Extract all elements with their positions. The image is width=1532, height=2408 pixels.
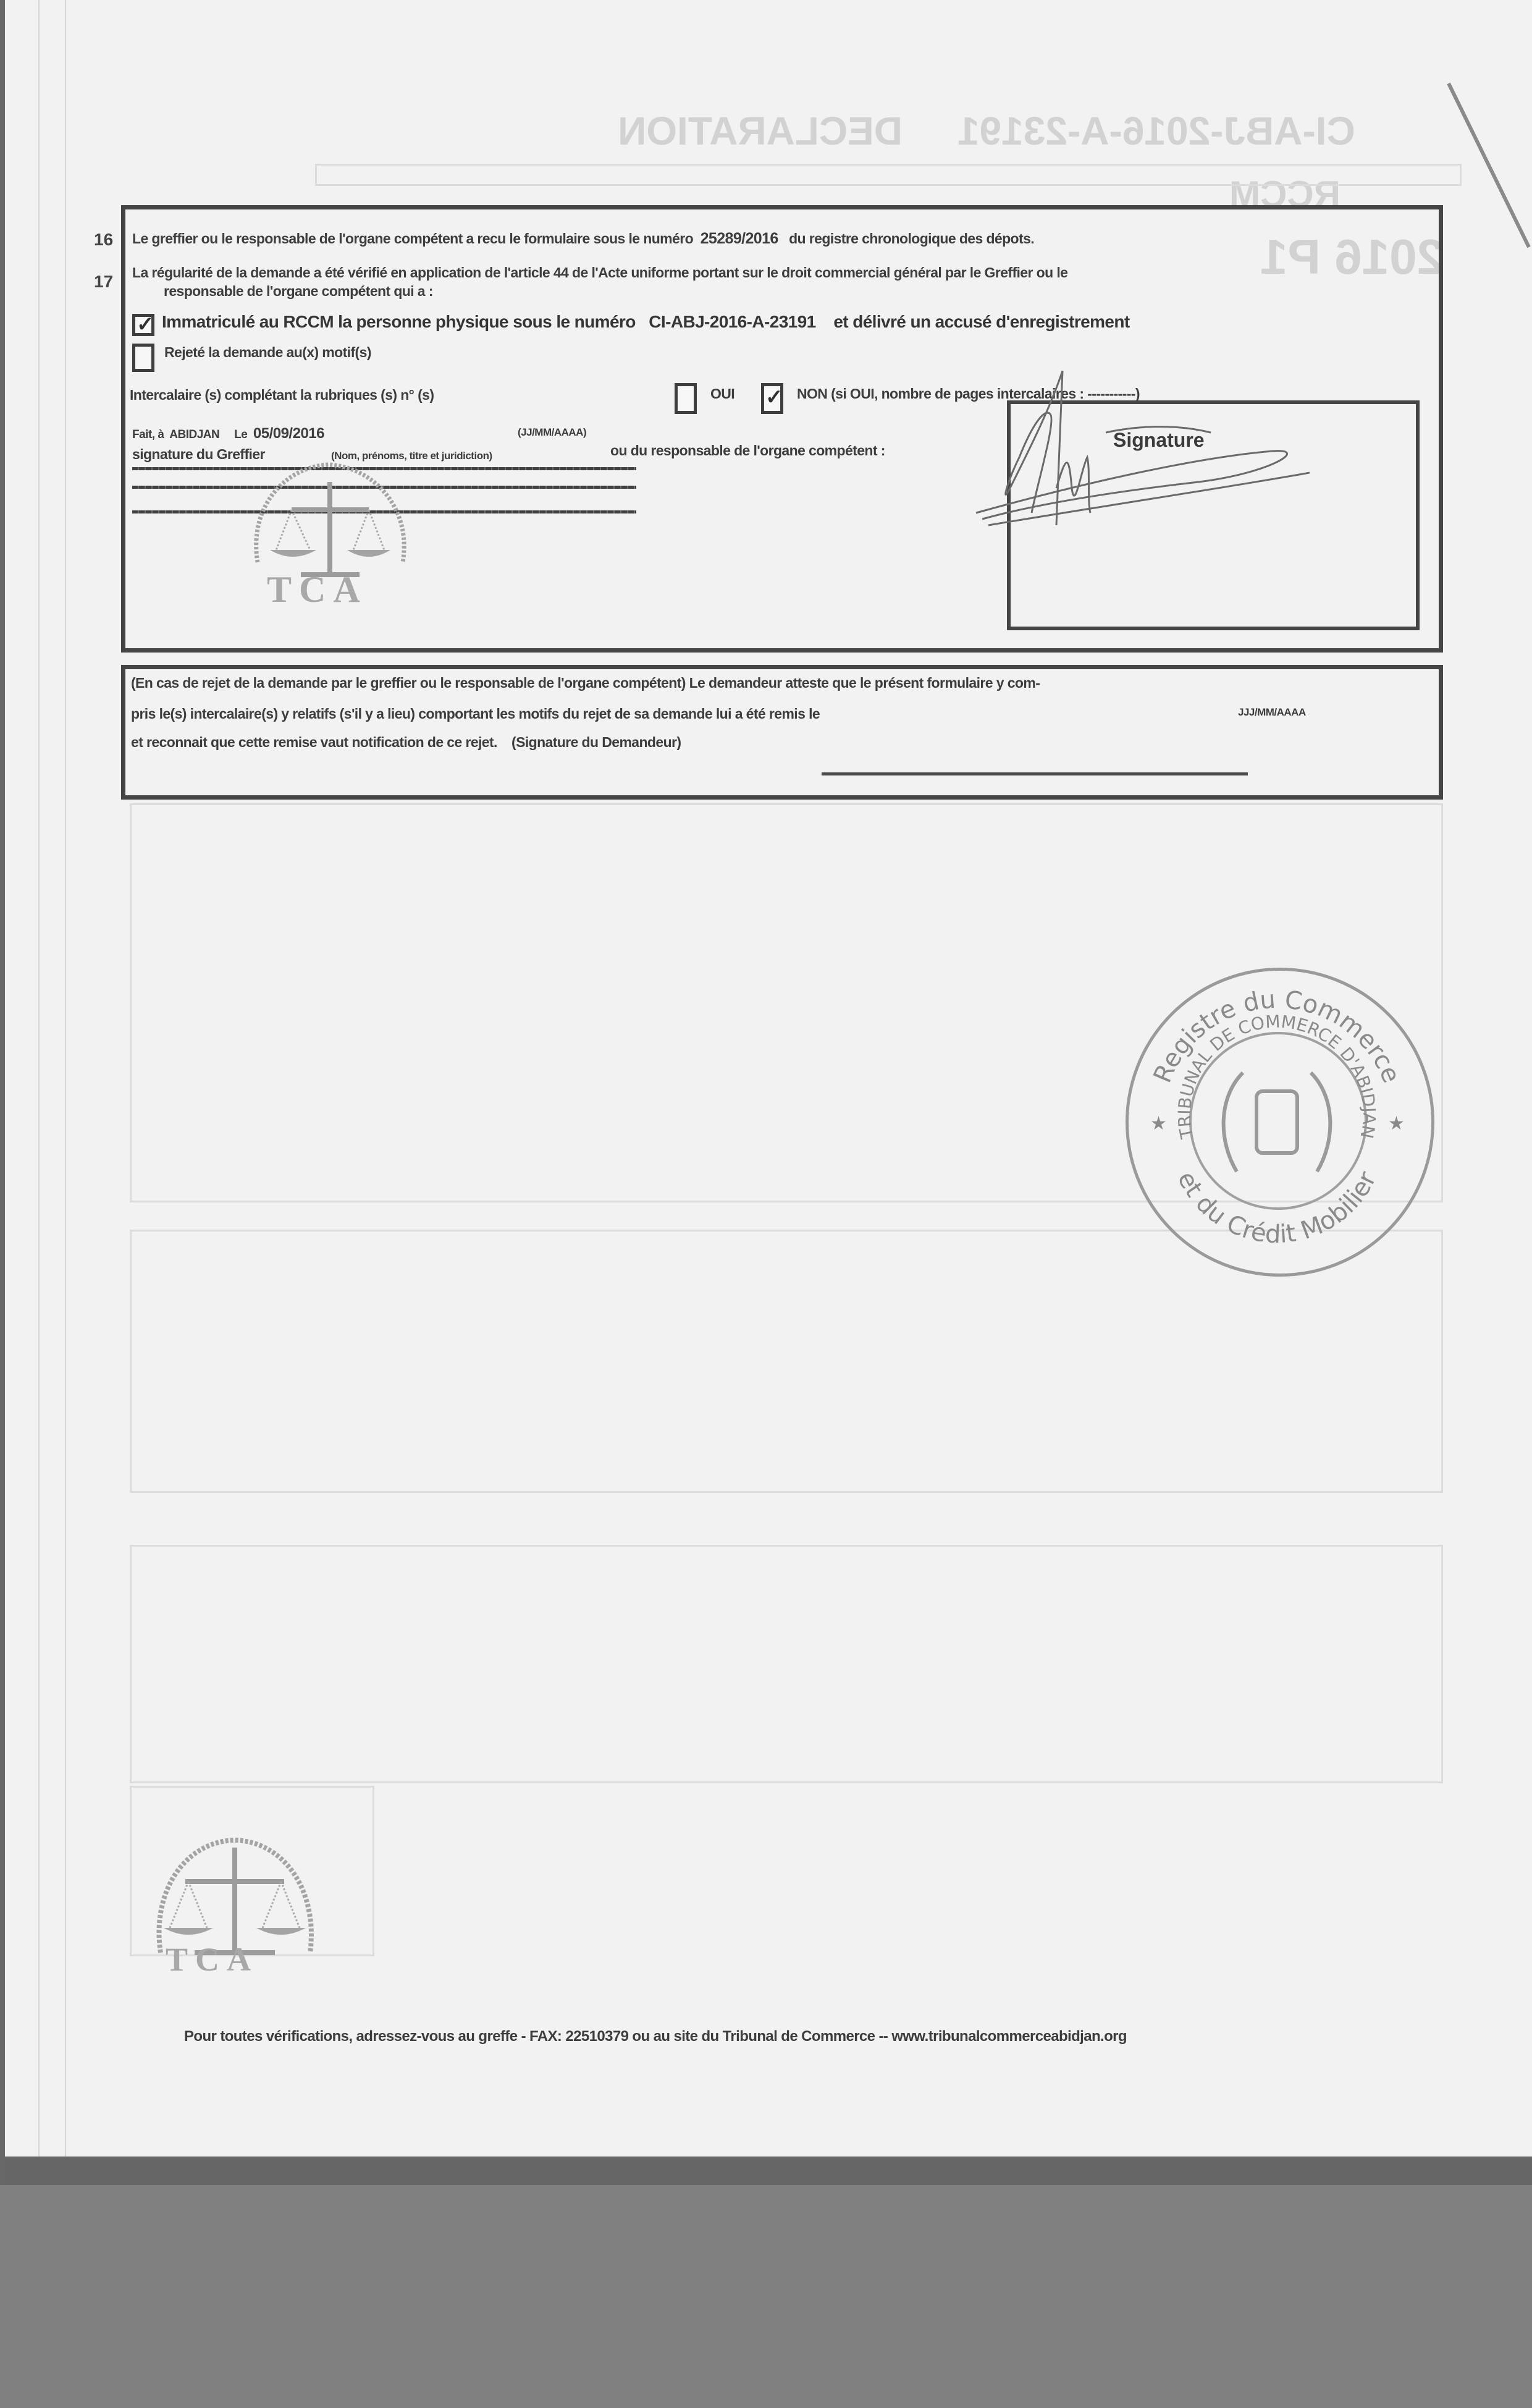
- pen-stroke-mark: [1446, 80, 1532, 253]
- rejected-checkbox[interactable]: [132, 344, 154, 372]
- or-responsable-label: ou du responsable de l'organe compétent …: [610, 442, 885, 459]
- city-value: ABIDJAN: [169, 428, 219, 441]
- ghost-box: [315, 164, 1462, 186]
- tca-logo-text-lower: TCA: [166, 1940, 258, 1979]
- tca-logo-text: TCA: [267, 568, 368, 611]
- stamp-ring-text: Registre du Commerce et du Crédit Mobili…: [1126, 968, 1428, 1270]
- ghost-title: CI-ABJ-2016-A-23191 DECLARATION: [618, 108, 1355, 154]
- scan-bottom-shadow: [0, 2157, 1532, 2185]
- section-17-line1: La régularité de la demande a été vérifi…: [132, 264, 1067, 281]
- ghost-box: [130, 1545, 1443, 1783]
- applicant-signature-label: (Signature du Demandeur): [511, 734, 681, 750]
- checkmark-icon: ✓: [765, 385, 783, 410]
- date-value: 05/09/2016: [253, 425, 324, 442]
- rccm-number: CI-ABJ-2016-A-23191: [649, 312, 815, 331]
- footer-verification-text: Pour toutes vérifications, adressez-vous…: [184, 2028, 1127, 2045]
- scanned-page: CI-ABJ-2016-A-23191 DECLARATION RCCM 201…: [0, 0, 1532, 2157]
- section-number-17: 17: [94, 272, 113, 292]
- page-margin-line: [65, 0, 66, 2157]
- intercalaire-label: Intercalaire (s) complétant la rubriques…: [130, 387, 434, 403]
- section-17-line2: responsable de l'organe compétent qui a …: [164, 283, 433, 300]
- rejected-option-label: Rejeté la demande au(x) motif(s): [164, 344, 371, 361]
- registered-option-label: Immatriculé au RCCM la personne physique…: [162, 312, 1130, 332]
- rejection-text-line2: pris le(s) intercalaire(s) y relatifs (s…: [131, 706, 820, 722]
- svg-text:et du Crédit Mobilier: et du Crédit Mobilier: [1172, 1167, 1383, 1249]
- rejection-text-line1: (En cas de rejet de la demande par le gr…: [131, 675, 1040, 691]
- rejection-text-line3: et reconnait que cette remise vaut notif…: [131, 734, 681, 751]
- page-margin-line: [38, 0, 40, 2157]
- registry-number: 25289/2016: [701, 230, 778, 247]
- scan-left-edge: [0, 0, 5, 2184]
- rejection-date-format: JJJ/MM/AAAA: [1238, 706, 1306, 719]
- registered-checkbox[interactable]: ✓: [132, 314, 154, 336]
- handwritten-signature: [964, 358, 1310, 556]
- section-number-16: 16: [94, 230, 113, 250]
- svg-text:★: ★: [1388, 1113, 1405, 1134]
- checkmark-icon: ✓: [137, 312, 154, 337]
- oui-checkbox[interactable]: [675, 383, 697, 414]
- date-format-hint: (JJ/MM/AAAA): [518, 426, 586, 439]
- non-checkbox[interactable]: ✓: [761, 383, 783, 414]
- svg-text:★: ★: [1150, 1113, 1167, 1134]
- section-16-text: Le greffier ou le responsable de l'organ…: [132, 230, 1034, 248]
- fait-a-line: Fait, à ABIDJAN Le 05/09/2016: [132, 425, 324, 442]
- applicant-signature-line: [822, 772, 1248, 775]
- oui-label: OUI: [710, 386, 734, 402]
